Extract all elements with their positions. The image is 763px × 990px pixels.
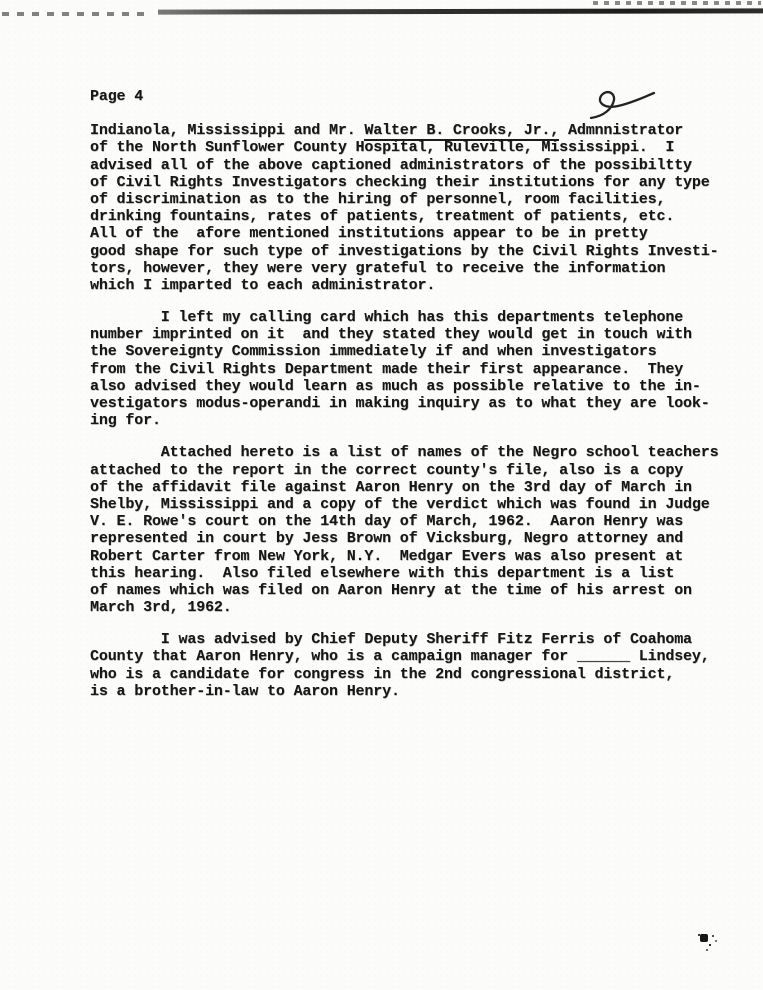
text-line: I was advised by Chief Deputy Sheriff Fi… <box>90 631 740 648</box>
text-line: is a brother-in-law to Aaron Henry. <box>90 683 740 700</box>
text-line: which I imparted to each administrator. <box>90 277 740 294</box>
text-line: Robert Carter from New York, N.Y. Medgar… <box>90 548 740 565</box>
text-line: County that Aaron Henry, who is a campai… <box>90 648 740 665</box>
text-line: the Sovereignty Commission immediately i… <box>90 343 740 360</box>
underlined-name: Walter B. Crooks, Jr., <box>364 122 559 141</box>
scanned-document-page: Page 4 Indianola, Mississippi and Mr. Wa… <box>0 0 763 990</box>
text-line: ing for. <box>90 412 740 429</box>
text-line: of discrimination as to the hiring of pe… <box>90 191 740 208</box>
text-line: represented in court by Jess Brown of Vi… <box>90 530 740 547</box>
paragraph-3: Attached hereto is a list of names of th… <box>90 444 740 616</box>
text-line: of Civil Rights Investigators checking t… <box>90 174 740 191</box>
text-line: number imprinted on it and they stated t… <box>90 326 740 343</box>
text-line: of the affidavit file against Aaron Henr… <box>90 479 740 496</box>
text-line: of the North Sunflower County Hospital, … <box>90 139 740 156</box>
text-line: good shape for such type of investigatio… <box>90 243 740 260</box>
scanner-edge-dots <box>593 1 761 5</box>
paragraph-2: I left my calling card which has this de… <box>90 309 740 429</box>
paragraph-4: I was advised by Chief Deputy Sheriff Fi… <box>90 631 740 700</box>
text-line: from the Civil Rights Department made th… <box>90 361 740 378</box>
text-line: Shelby, Mississippi and a copy of the ve… <box>90 496 740 513</box>
ink-smudge <box>700 934 708 942</box>
text-line: tors, however, they were very grateful t… <box>90 260 740 277</box>
scanner-edge-dashes <box>2 12 152 16</box>
paragraph-1: Indianola, Mississippi and Mr. Walter B.… <box>90 122 740 294</box>
text-line: Attached hereto is a list of names of th… <box>90 444 740 461</box>
text-line: V. E. Rowe's court on the 14th day of Ma… <box>90 513 740 530</box>
text-line: attached to the report in the correct co… <box>90 462 740 479</box>
text-line: advised all of the above captioned admin… <box>90 157 740 174</box>
text-line: also advised they would learn as much as… <box>90 378 740 395</box>
text-line: drinking fountains, rates of patients, t… <box>90 208 740 225</box>
text-line: I left my calling card which has this de… <box>90 309 740 326</box>
text-line: of names which was filed on Aaron Henry … <box>90 582 740 599</box>
text-line: who is a candidate for congress in the 2… <box>90 666 740 683</box>
text-line: Indianola, Mississippi and Mr. Walter B.… <box>90 122 740 139</box>
line-text: Indianola, Mississippi and Mr. <box>90 122 364 139</box>
text-line: vestigators modus-operandi in making inq… <box>90 395 740 412</box>
page-number-label: Page 4 <box>90 88 740 105</box>
text-line: this hearing. Also filed elsewhere with … <box>90 565 740 582</box>
document-body: Page 4 Indianola, Mississippi and Mr. Wa… <box>90 88 740 700</box>
text-line: All of the afore mentioned institutions … <box>90 225 740 242</box>
scanner-edge-line <box>158 8 763 14</box>
line-text: Admnnistrator <box>559 122 683 139</box>
text-line: March 3rd, 1962. <box>90 599 740 616</box>
